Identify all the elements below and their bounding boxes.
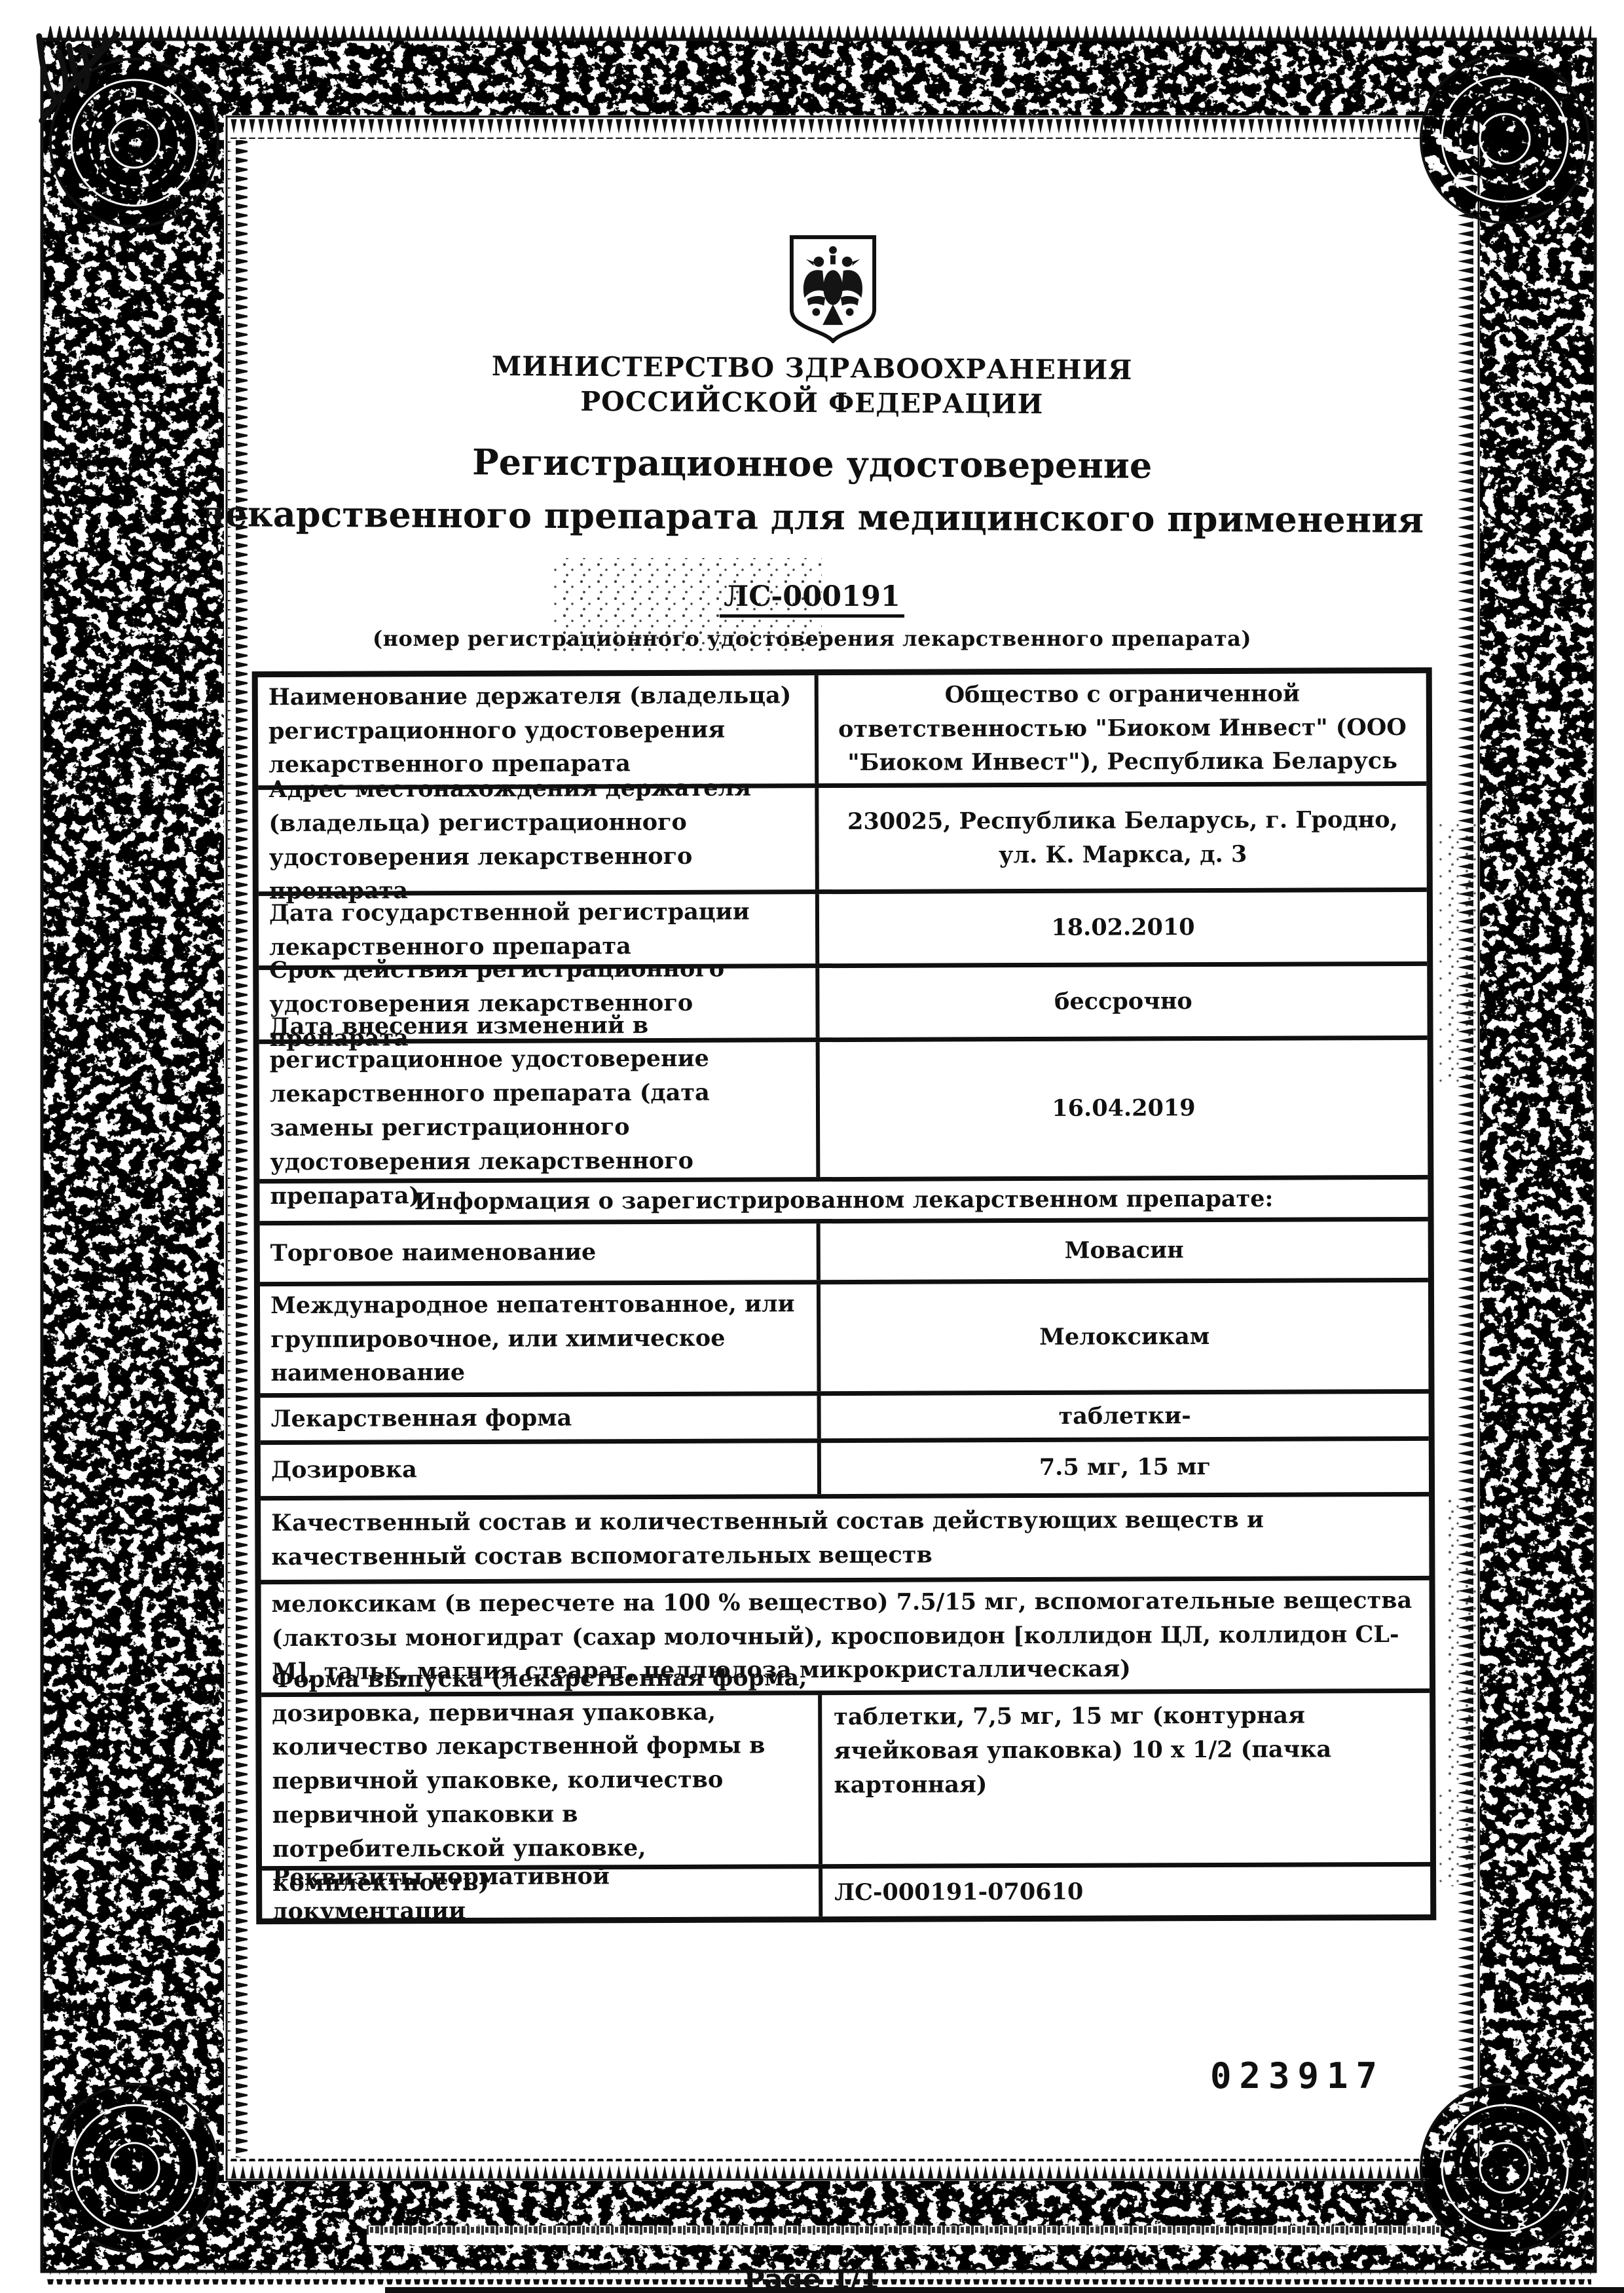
document-title-line2: лекарственного препарата для медицинског… [124,487,1500,548]
row-inn-name: Международное непатентованное, или групп… [260,1278,1429,1393]
document-title-line1: Регистрационное удостоверение [124,434,1500,494]
row-dosage: Дозировка 7.5 мг, 15 мг [261,1436,1429,1496]
row-label: Торговое наименование [260,1223,817,1282]
row-label: Форма выпуска (лекарственная форма, дози… [261,1695,819,1866]
row-trade-name: Торговое наименование Мовасин [260,1217,1428,1282]
section-header: Информация о зарегистрированном лекарств… [259,1180,1428,1221]
row-normative-docs: Реквизиты нормативной документации ЛС-00… [262,1862,1430,1918]
row-value: таблетки- [817,1394,1429,1438]
row-label: Лекарственная форма [261,1396,817,1440]
scan-edge-artifact [385,2287,1624,2293]
row-label: Дата внесения изменений в регистрационно… [259,1042,817,1179]
handwritten-check-mark [12,0,169,151]
row-value: Общество с ограниченной ответственностью… [815,673,1427,783]
row-label: Наименование держателя (владельца) регис… [258,675,815,785]
row-holder-address: Адрес местонахождения держателя (владель… [258,781,1427,891]
row-amendment-date: Дата внесения изменений в регистрационно… [259,1035,1428,1179]
corner-rosette-bottom-left [50,2084,218,2252]
row-value: Мовасин [817,1221,1428,1280]
row-value: 16.04.2019 [816,1040,1428,1177]
row-value: таблетки, 7,5 мг, 15 мг (контурная ячейк… [818,1693,1430,1864]
ministry-line2: РОССИЙСКОЙ ФЕДЕРАЦИИ [354,383,1270,424]
row-holder-name: Наименование держателя (владельца) регис… [258,673,1427,785]
row-value: Мелоксикам [817,1282,1429,1391]
row-value: 230025, Республика Беларусь, г. Гродно, … [815,786,1427,889]
row-label: Реквизиты нормативной документации [262,1869,819,1918]
row-label: Дозировка [261,1443,817,1496]
row-label: Качественный состав и количественный сос… [261,1497,1429,1580]
russia-coat-of-arms-icon [788,233,878,343]
registration-number-caption: (номер регистрационного удостоверения ле… [0,626,1624,651]
document-page: МИНИСТЕРСТВО ЗДРАВООХРАНЕНИЯ РОССИЙСКОЙ … [0,0,1624,2293]
serial-number: 023917 [1210,2055,1385,2097]
row-label: Международное непатентованное, или групп… [260,1284,817,1393]
ministry-header: МИНИСТЕРСТВО ЗДРАВООХРАНЕНИЯ РОССИЙСКОЙ … [354,348,1271,424]
corner-rosette-top-right [1421,55,1589,223]
corner-rosette-bottom-right [1421,2084,1589,2252]
row-dosage-form: Лекарственная форма таблетки- [261,1389,1429,1440]
row-composition-header: Качественный состав и количественный сос… [261,1492,1429,1580]
row-value: ЛС-000191-070610 [819,1867,1430,1916]
document-title: Регистрационное удостоверение лекарствен… [124,434,1500,548]
ministry-line1: МИНИСТЕРСТВО ЗДРАВООХРАНЕНИЯ [354,348,1270,389]
row-release-form: Форма выпуска (лекарственная форма, дози… [261,1688,1430,1866]
registration-number: ЛС-000191 [0,580,1624,613]
row-value: 7.5 мг, 15 мг [817,1441,1429,1494]
row-value: 18.02.2010 [815,892,1427,963]
registration-details-table: Наименование держателя (владельца) регис… [252,667,1437,1924]
row-label: Адрес местонахождения держателя (владель… [258,788,815,891]
row-value: бессрочно [815,966,1427,1037]
